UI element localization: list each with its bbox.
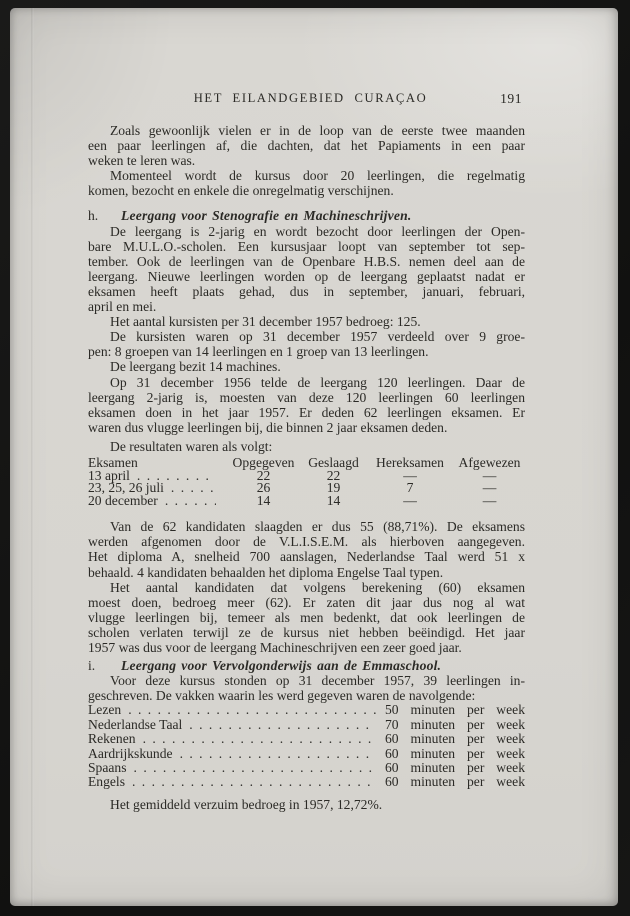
paragraph-h-1: De leergang is 2-jarig en wordt bezocht … (88, 224, 525, 315)
exam-table-header-row: Eksamen Opgegeven Geslaagd Hereksamen Af… (88, 456, 525, 470)
text-line: Zoals gewoonlijk vielen er in de loop va… (88, 123, 525, 138)
list-item: Nederlandse Taal 70 minuten per week (88, 718, 525, 732)
paragraph-h-2: Het aantal kursisten per 31 december 195… (88, 314, 525, 329)
cell-afgewezen: — (454, 495, 525, 508)
paragraph-i-1: Voor deze kursus stonden op 31 december … (88, 673, 525, 703)
subject-name: Rekenen (88, 732, 136, 746)
text-line: vlugge leerlingen bij, temeer als men be… (88, 610, 525, 625)
running-title: HET EILANDGEBIED CURAÇAO (92, 91, 529, 106)
list-item: Spaans 60 minuten per week (88, 761, 525, 775)
paragraph-h-6: Van de 62 kandidaten slaagden er dus 55 … (88, 519, 525, 579)
paragraph-h-7: Het aantal kandidaten dat volgens bereke… (88, 580, 525, 655)
text-line: behaald. 4 kandidaten behaalden het dipl… (88, 565, 525, 580)
subject-hours: 70 minuten per week (385, 718, 525, 732)
paragraph-intro-2: Momenteel wordt de kursus door 20 leerli… (88, 168, 525, 198)
text-line: De kursisten waren op 31 december 1957 v… (88, 329, 525, 344)
running-header: HET EILANDGEBIED CURAÇAO 191 (88, 91, 525, 106)
book-page: HET EILANDGEBIED CURAÇAO 191 Zoals gewoo… (10, 8, 618, 906)
text-line: 1957 was dus voor de leergang Machinesch… (88, 640, 525, 655)
list-item: Rekenen 60 minuten per week (88, 732, 525, 746)
dot-leader (189, 718, 376, 732)
subject-name: Spaans (88, 761, 127, 775)
subject-hours: 60 minuten per week (385, 732, 525, 746)
dot-leader (165, 495, 216, 508)
cell-hereksamen: — (366, 495, 454, 508)
dot-leader (128, 703, 376, 717)
text-line: geschreven. De vakken waarin les werd ge… (88, 688, 525, 703)
text-line: Voor deze kursus stonden op 31 december … (88, 673, 525, 688)
text-line: Momenteel wordt de kursus door 20 leerli… (88, 168, 525, 183)
subject-hours: 60 minuten per week (385, 747, 525, 761)
dot-leader (143, 732, 376, 746)
paragraph-intro-1: Zoals gewoonlijk vielen er in de loop va… (88, 123, 525, 168)
subject-name: Aardrijkskunde (88, 747, 173, 761)
subject-hours: 50 minuten per week (385, 703, 525, 717)
text-line: leergang 2-jarig is, moesten van deze 12… (88, 390, 525, 405)
paragraph-h-5: Op 31 december 1956 telde de leergang 12… (88, 375, 525, 435)
text-line: leergang. Nieuwe leerlingen worden op de… (88, 269, 525, 284)
text-line: De leergang bezit 14 machines. (88, 359, 525, 374)
dot-leader (132, 775, 376, 789)
text-line: april en mei. (88, 299, 525, 314)
subject-name: Lezen (88, 703, 121, 717)
row-label: 20 december (88, 495, 158, 508)
list-item: Lezen 50 minuten per week (88, 703, 525, 717)
text-line: werden afgenomen door de V.L.I.S.E.M. al… (88, 534, 525, 549)
page-number: 191 (500, 91, 522, 106)
page-content: HET EILANDGEBIED CURAÇAO 191 Zoals gewoo… (88, 91, 525, 812)
text-line: Het diploma A, snelheid 700 aanslagen, N… (88, 549, 525, 564)
table-row: 20 december 14 14 — — (88, 495, 525, 508)
row-label-cell: 20 december (88, 495, 226, 508)
text-line: De resultaten waren als volgt: (88, 439, 525, 454)
text-line: pen: 8 groepen van 14 leerlingen en 1 gr… (88, 344, 525, 359)
section-h-title: Leergang voor Stenografie en Machineschr… (121, 208, 411, 223)
subject-hours-list: Lezen 50 minuten per week Nederlandse Ta… (88, 703, 525, 789)
dot-leader (134, 761, 376, 775)
text-line: eksamen heeft plaats gehad, dus in septe… (88, 284, 525, 299)
text-line: bare M.U.L.O.-scholen. Een kursusjaar lo… (88, 239, 525, 254)
subject-hours: 60 minuten per week (385, 761, 525, 775)
text-line: Het aantal kandidaten dat volgens bereke… (88, 580, 525, 595)
text-line: Van de 62 kandidaten slaagden er dus 55 … (88, 519, 525, 534)
closing-paragraph: Het gemiddeld verzuim bedroeg in 1957, 1… (88, 797, 525, 812)
dot-leader (171, 482, 216, 495)
text-line: moest doen, bedroeg meer (62). Er zaten … (88, 595, 525, 610)
section-i-heading: i. Leergang voor Vervolgonderwijs aan de… (88, 658, 525, 673)
subject-name: Nederlandse Taal (88, 718, 182, 732)
text-line: scholen verlaten terwijl ze de kursus ni… (88, 625, 525, 640)
subject-name: Engels (88, 775, 125, 789)
section-i-label: i. (88, 658, 121, 673)
list-item: Aardrijkskunde 60 minuten per week (88, 747, 525, 761)
list-item: Engels 60 minuten per week (88, 775, 525, 789)
paragraph-h-4: De leergang bezit 14 machines. (88, 359, 525, 374)
text-line: weken te leren was. (88, 153, 525, 168)
section-h-heading: h. Leergang voor Stenografie en Machines… (88, 208, 525, 223)
results-intro: De resultaten waren als volgt: (88, 439, 525, 454)
section-h-label: h. (88, 208, 121, 223)
text-line: Op 31 december 1956 telde de leergang 12… (88, 375, 525, 390)
text-line: Het gemiddeld verzuim bedroeg in 1957, 1… (88, 797, 525, 812)
section-i-title: Leergang voor Vervolgonderwijs aan de Em… (121, 658, 441, 673)
exam-results-table: Eksamen Opgegeven Geslaagd Hereksamen Af… (88, 456, 525, 508)
subject-hours: 60 minuten per week (385, 775, 525, 789)
dot-leader (180, 747, 376, 761)
scan-background: HET EILANDGEBIED CURAÇAO 191 Zoals gewoo… (0, 0, 630, 916)
text-line: tember. Ook de leerlingen van de Openbar… (88, 254, 525, 269)
cell-geslaagd: 14 (301, 495, 366, 508)
text-line: een paar leerlingen af, die dachten, dat… (88, 138, 525, 153)
text-line: waren dus vlugge leerlingen bij, die bin… (88, 420, 525, 435)
text-line: eksamen doen in het jaar 1957. Er deden … (88, 405, 525, 420)
paragraph-h-3: De kursisten waren op 31 december 1957 v… (88, 329, 525, 359)
text-line: Het aantal kursisten per 31 december 195… (88, 314, 525, 329)
text-line: De leergang is 2-jarig en wordt bezocht … (88, 224, 525, 239)
cell-opgegeven: 14 (226, 495, 301, 508)
text-line: komen, bezocht en enkele die onregelmati… (88, 183, 525, 198)
